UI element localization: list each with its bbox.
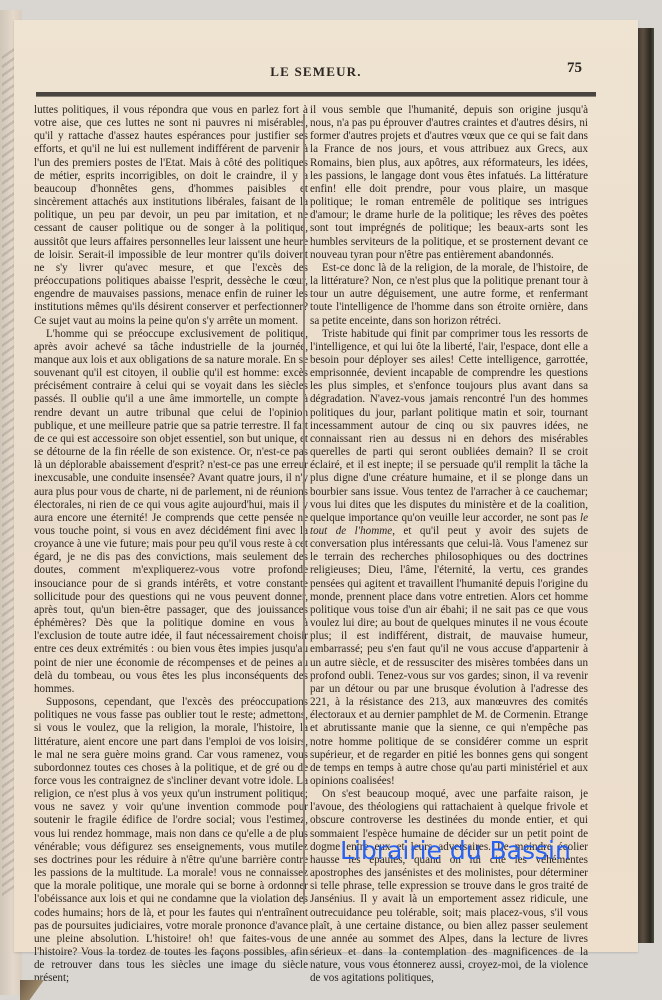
page-number: 75	[567, 60, 582, 77]
watermark: Librairie du Bassin	[340, 836, 571, 865]
paragraph: il vous semble que l'humanité, depuis so…	[310, 104, 588, 262]
paragraph: Supposons, cependant, que l'excès des pr…	[34, 696, 308, 985]
paragraph-text: Triste habitude qui finit par comprimer …	[310, 328, 588, 524]
paragraph: Est-ce donc là de la religion, de la mor…	[310, 262, 588, 328]
running-head: LE SEMEUR. 75	[36, 60, 596, 80]
book-binding-edge	[636, 28, 654, 943]
column-divider	[303, 114, 305, 904]
paragraph: Triste habitude qui finit par comprimer …	[310, 328, 588, 788]
bookmark-ribbon	[20, 980, 44, 1000]
paragraph: L'homme qui se préoccupe exclusivement d…	[34, 328, 308, 696]
paragraph: On s'est beaucoup moqué, avec une parfai…	[310, 788, 588, 985]
paragraph: luttes politiques, il vous répondra que …	[34, 104, 308, 328]
running-title: LE SEMEUR.	[36, 64, 596, 80]
paragraph-text: , et qu'il peut y avoir des sujets de co…	[310, 525, 588, 787]
header-rule	[36, 92, 596, 97]
left-column: luttes politiques, il vous répondra que …	[34, 104, 308, 985]
